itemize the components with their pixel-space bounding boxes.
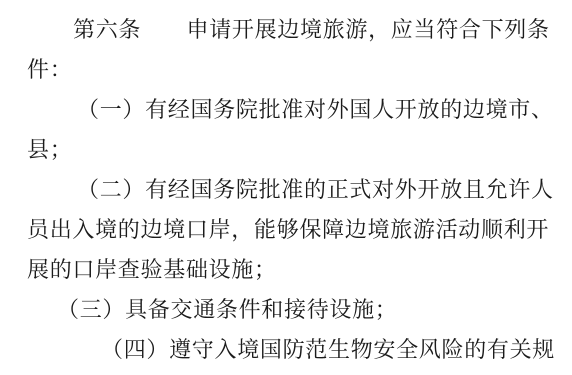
document-line-item-4: （四）遵守入境国防范生物安全风险的有关规 (27, 330, 552, 370)
document-line-item-2: （二）有经国务院批准的正式对外开放且允许人 (27, 170, 552, 210)
document-page: 第六条 申请开展边境旅游，应当符合下列条 件： （一）有经国务院批准对外国人开放… (0, 0, 572, 375)
document-line: 员出入境的边境口岸，能够保障边境旅游活动顺利开 (27, 210, 552, 250)
document-line-item-3: （三）具备交通条件和接待设施； (27, 290, 552, 330)
document-line: 县； (27, 130, 552, 170)
document-line-item-1: （一）有经国务院批准对外国人开放的边境市、 (27, 90, 552, 130)
document-line: 件： (27, 50, 552, 90)
document-line: 展的口岸查验基础设施； (27, 250, 552, 290)
document-line-article-heading: 第六条 申请开展边境旅游，应当符合下列条 (27, 10, 552, 50)
